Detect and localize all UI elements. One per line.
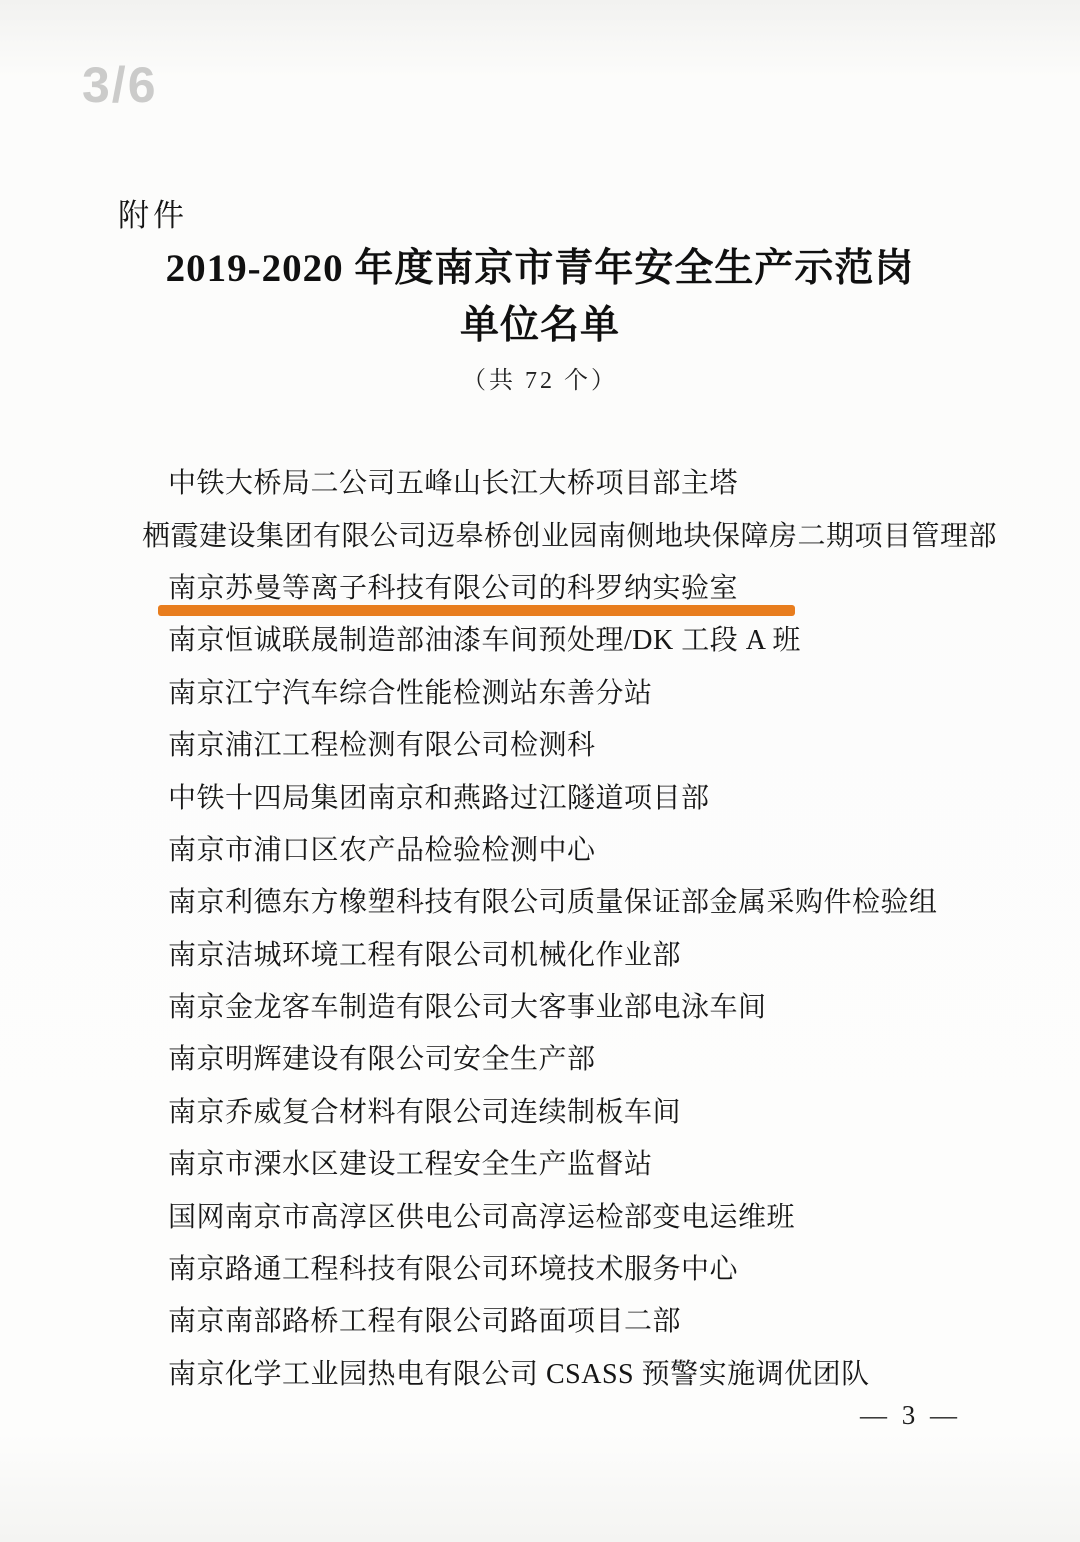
list-item: 南京明辉建设有限公司安全生产部 (0, 1031, 1080, 1083)
list-item: 南京浦江工程检测有限公司检测科 (0, 717, 1080, 769)
list-item: 南京市溧水区建设工程安全生产监督站 (0, 1136, 1080, 1188)
document-title-line2: 单位名单 (0, 297, 1080, 354)
list-item: 南京路通工程科技有限公司环境技术服务中心 (0, 1241, 1080, 1293)
unit-count-note: （共 72 个） (0, 360, 1080, 395)
document-title: 2019-2020 年度南京市青年安全生产示范岗 单位名单 (0, 240, 1080, 354)
list-item: 中铁大桥局二公司五峰山长江大桥项目部主塔 (0, 455, 1080, 507)
footer-page-number: — 3 — (860, 1400, 961, 1431)
list-item: 中铁十四局集团南京和燕路过江隧道项目部 (0, 769, 1080, 821)
list-item: 南京江宁汽车综合性能检测站东善分站 (0, 665, 1080, 717)
unit-list: 中铁大桥局二公司五峰山长江大桥项目部主塔 栖霞建设集团有限公司迈皋桥创业园南侧地… (0, 455, 1080, 1398)
list-item: 国网南京市高淳区供电公司高淳运检部变电运维班 (0, 1188, 1080, 1240)
list-item-text: 南京苏曼等离子科技有限公司的科罗纳实验室 (168, 566, 738, 606)
document-title-line1: 2019-2020 年度南京市青年安全生产示范岗 (0, 240, 1080, 297)
attachment-label: 附件 (118, 190, 188, 235)
highlight-underline (158, 605, 795, 616)
list-item: 南京市浦口区农产品检验检测中心 (0, 822, 1080, 874)
list-item-highlighted: 南京苏曼等离子科技有限公司的科罗纳实验室 (0, 560, 1080, 612)
list-item: 栖霞建设集团有限公司迈皋桥创业园南侧地块保障房二期项目管理部 (0, 507, 1080, 559)
list-item: 南京化学工业园热电有限公司 CSASS 预警实施调优团队 (0, 1346, 1080, 1398)
list-item: 南京洁城环境工程有限公司机械化作业部 (0, 927, 1080, 979)
list-item: 南京南部路桥工程有限公司路面项目二部 (0, 1293, 1080, 1345)
list-item: 南京利德东方橡塑科技有限公司质量保证部金属采购件检验组 (0, 874, 1080, 926)
list-item: 南京金龙客车制造有限公司大客事业部电泳车间 (0, 979, 1080, 1031)
list-item: 南京恒诚联晟制造部油漆车间预处理/DK 工段 A 班 (0, 612, 1080, 664)
viewer-page-indicator: 3/6 (82, 56, 158, 114)
list-item: 南京乔威复合材料有限公司连续制板车间 (0, 1084, 1080, 1136)
